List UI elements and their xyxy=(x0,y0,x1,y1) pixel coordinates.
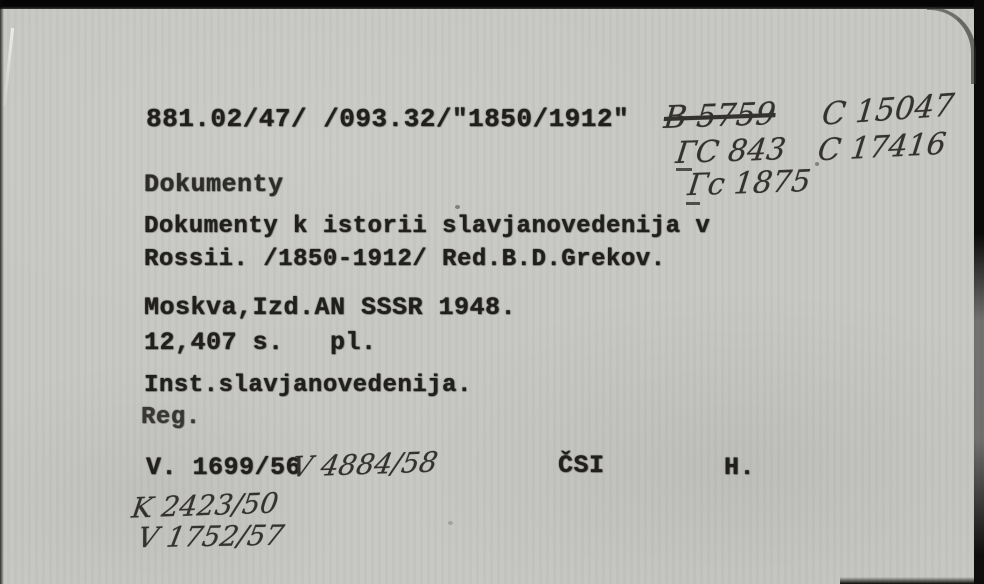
ink-speck xyxy=(448,521,453,525)
shelfmark-new-row1: C 15047 xyxy=(820,87,956,133)
ink-speck xyxy=(815,162,819,166)
underline-mark xyxy=(686,202,700,205)
collation-line: 12,407 s. pl. xyxy=(144,328,377,357)
scan-edge-left xyxy=(0,0,4,584)
registry-line: Reg. xyxy=(141,404,201,431)
heading-word: Dokumenty xyxy=(144,170,284,199)
card-corner-shadow xyxy=(927,7,976,84)
accession-hand-row3: V 1752/57 xyxy=(135,519,287,555)
shelfmark-row2-new: C 17416 xyxy=(816,127,948,169)
paper-scratch xyxy=(3,28,14,106)
scan-edge-bottom xyxy=(840,577,984,584)
siglum-h: H. xyxy=(724,453,755,482)
shelfmark-struck-old: B 5759 xyxy=(662,96,777,136)
scan-edge-top xyxy=(0,0,984,9)
catalog-card: 881.02/47/ /093.32/"1850/1912" Dokumenty… xyxy=(0,0,984,584)
scan-edge-right xyxy=(974,0,984,584)
title-line-1: Dokumenty k istorii slavjanovedenija v xyxy=(144,213,710,240)
shelfmark-row3: Гс 1875 xyxy=(686,164,813,203)
classification-number: 881.02/47/ /093.32/"1850/1912" xyxy=(146,104,629,134)
siglum-csi: ČSI xyxy=(558,451,605,480)
title-line-2: Rossii. /1850-1912/ Red.B.D.Grekov. xyxy=(144,246,666,273)
ink-speck xyxy=(455,205,460,209)
accession-typed: V. 1699/56 xyxy=(146,453,301,482)
accession-hand-row1: V 4884/58 xyxy=(289,445,440,483)
institution-line: Inst.slavjanovedenija. xyxy=(144,372,472,399)
imprint-line: Moskva,Izd.AN SSSR 1948. xyxy=(144,293,516,322)
